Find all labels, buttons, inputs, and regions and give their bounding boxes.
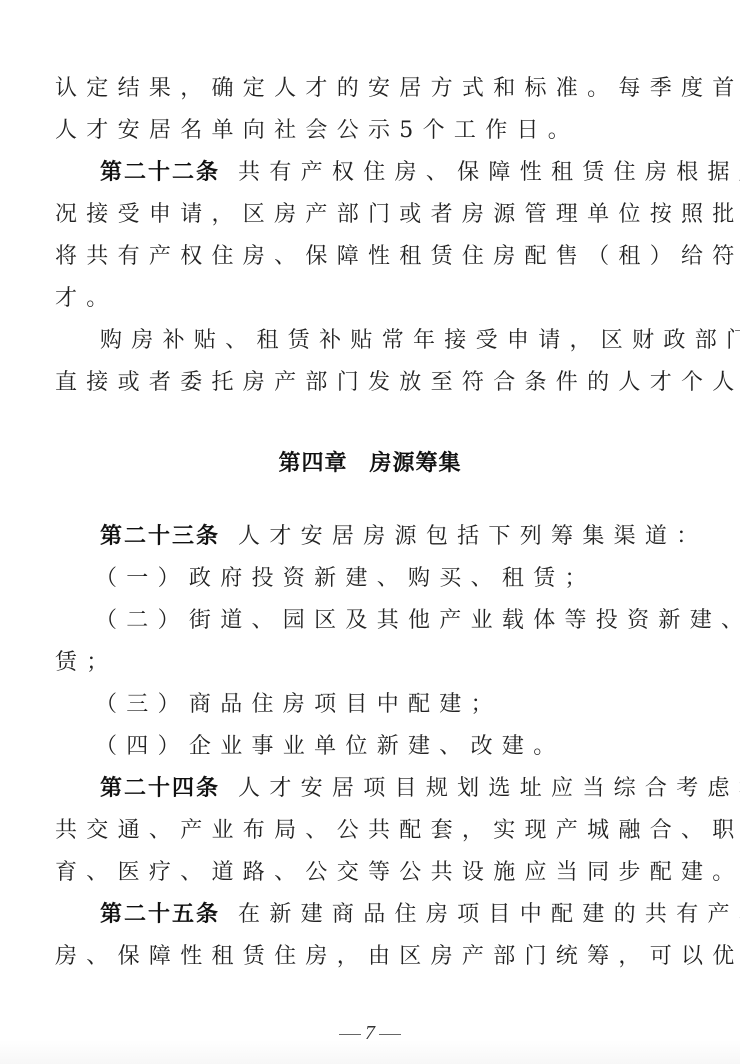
article-24-first-line: 第二十四条人才安居项目规划选址应当综合考虑城市公 (100, 774, 740, 804)
text-line: 才。 (55, 284, 695, 314)
document-page: 认定结果，确定人才的安居方式和标准。每季度首月将上季度 人才安居名单向社会公示5… (0, 0, 740, 1064)
text-span: 人才安居项目规划选址应当综合考虑城市公 (238, 776, 740, 801)
article-25-first-line: 第二十五条在新建商品住房项目中配建的共有产权住 (100, 900, 740, 930)
list-item: （一）政府投资新建、购买、租赁； (95, 564, 735, 594)
text-line: 购房补贴、租赁补贴常年接受申请，区财政部门统筹资金， (100, 326, 740, 356)
chapter-heading: 第四章房源筹集 (0, 449, 740, 479)
text-span: 共有产权住房、保障性租赁住房根据房源情 (238, 160, 740, 185)
article-heading: 第二十五条 (100, 902, 220, 927)
article-heading: 第二十二条 (100, 160, 220, 185)
list-item: （三）商品住房项目中配建； (95, 690, 735, 720)
chapter-number: 第四章 (278, 451, 347, 476)
article-heading: 第二十三条 (100, 524, 220, 549)
dash-right (379, 1034, 401, 1035)
text-line: 直接或者委托房产部门发放至符合条件的人才个人账户。 (55, 368, 695, 398)
article-23-first-line: 第二十三条人才安居房源包括下列筹集渠道： (100, 522, 740, 552)
text-span: 在新建商品住房项目中配建的共有产权住 (238, 902, 740, 927)
article-heading: 第二十四条 (100, 776, 220, 801)
list-item: （二）街道、园区及其他产业载体等投资新建、购买、租 (95, 606, 735, 636)
text-line: 将共有产权住房、保障性租赁住房配售（租）给符合条件的人 (55, 242, 695, 272)
list-item-continuation: 赁； (55, 648, 695, 678)
text-line: 况接受申请，区房产部门或者房源管理单位按照批次组织选房， (55, 200, 695, 230)
text-span: 人才安居房源包括下列筹集渠道： (238, 524, 708, 549)
article-22-first-line: 第二十二条共有产权住房、保障性租赁住房根据房源情 (100, 158, 740, 188)
list-item: （四）企业事业单位新建、改建。 (95, 732, 735, 762)
page-number: 7 (0, 1022, 740, 1045)
text-line: 育、医疗、道路、公交等公共设施应当同步配建。 (55, 858, 695, 888)
text-line: 人才安居名单向社会公示5个工作日。 (55, 116, 695, 146)
text-line: 房、保障性租赁住房，由区房产部门统筹，可以优先用于项目 (55, 942, 695, 972)
text-line: 认定结果，确定人才的安居方式和标准。每季度首月将上季度 (55, 74, 695, 104)
page-number-value: 7 (365, 1022, 375, 1044)
chapter-title: 房源筹集 (370, 451, 462, 476)
dash-left (339, 1034, 361, 1035)
text-line: 共交通、产业布局、公共配套，实现产城融合、职住平衡。教 (55, 816, 695, 846)
